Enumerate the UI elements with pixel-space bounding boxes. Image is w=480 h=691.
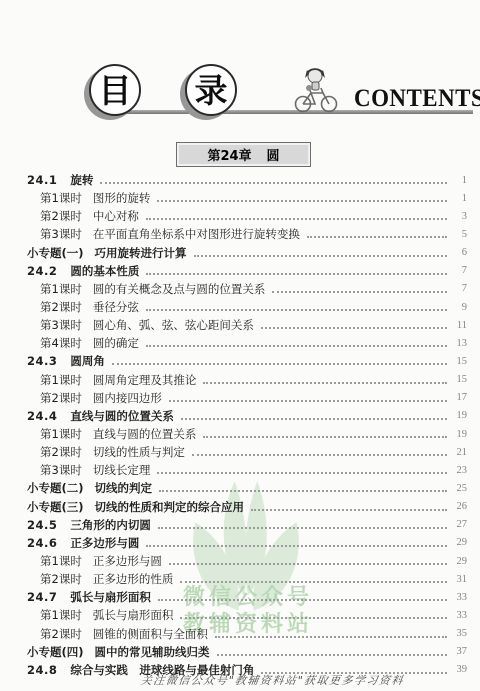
dot-leader [158,599,447,601]
toc-row-label: 第4课时 [40,335,82,351]
toc-row-title: 正多边形与圆 [70,535,139,551]
toc-row-page: 19 [452,410,467,421]
toc-row-title: 正多边形的性质 [93,571,174,587]
toc-row-title: 圆的有关概念及点与圆的位置关系 [93,281,266,297]
toc-row-label: 24.5 [27,518,57,532]
toc-row-page: 27 [452,519,467,530]
toc-row: 第3课时圆心角、弧、弦、弦心距间关系11 [27,316,467,334]
toc-row-label: 第1课时 [40,553,82,569]
toc-row: 24.5三角形的内切圆27 [27,516,467,534]
dot-leader [203,436,447,438]
toc-row: 小专题(一)巧用旋转进行计算6 [27,244,467,262]
toc-row-page: 7 [452,265,467,276]
toc-row-label: 第3课时 [40,226,82,242]
toc-row-title: 圆的确定 [93,335,139,351]
toc-row-page: 21 [452,447,467,458]
dot-leader [307,236,447,238]
toc-row-title: 三角形的内切圆 [70,517,151,533]
toc-row-label: 第1课时 [40,281,82,297]
toc-row-page: 6 [452,247,467,258]
toc-row: 第1课时圆周角定理及其推论15 [27,371,467,389]
toc-row-page: 31 [452,574,467,585]
toc-row-label: 24.8 [27,663,57,677]
toc-row: 24.4直线与圆的位置关系19 [27,407,467,425]
toc-row-title: 圆锥的侧面积与全面积 [93,626,208,642]
toc-row: 第2课时圆锥的侧面积与全面积35 [27,625,467,643]
toc-row-label: 第2课时 [40,571,82,587]
toc-row-page: 5 [452,229,467,240]
toc-row: 24.1旋转1 [27,171,467,189]
toc-row-label: 第2课时 [40,626,82,642]
toc-row: 24.3圆周角15 [27,352,467,370]
toc-row: 第1课时弧长与扇形面积33 [27,606,467,624]
toc-row-page: 26 [452,501,467,512]
toc-row-label: 第3课时 [40,462,82,478]
toc-row-page: 33 [452,610,467,621]
toc-row: 24.7弧长与扇形面积33 [27,588,467,606]
dot-leader [203,382,447,384]
toc-row: 24.6正多边形与圆29 [27,534,467,552]
toc-row-page: 39 [452,664,467,675]
toc-row: 第3课时切线长定理23 [27,461,467,479]
toc-row-page: 1 [452,175,467,186]
toc-row-title: 图形的旋转 [93,190,151,206]
toc-row: 第2课时切线的性质与判定21 [27,443,467,461]
toc-row-page: 29 [452,556,467,567]
dot-leader [157,200,447,202]
toc-row-page: 15 [452,374,467,385]
toc-row-page: 37 [452,646,467,657]
dot-leader [261,327,447,329]
toc-row-page: 11 [452,320,467,331]
dot-leader [146,218,447,220]
toc-row-title: 圆内接四边形 [93,390,162,406]
dot-leader [169,563,447,565]
toc-row-label: 小专题(四) [27,644,84,660]
toc-row-page: 13 [452,338,467,349]
toc-row-label: 24.6 [27,536,57,550]
toc-row-label: 第1课时 [40,607,82,623]
kid-on-bicycle-icon [289,62,341,113]
toc-row-title: 圆心角、弧、弦、弦心距间关系 [93,317,254,333]
dot-leader [215,636,447,638]
toc-row-title: 巧用旋转进行计算 [95,245,187,261]
mulu-badge-2: 录 [185,64,237,116]
mulu-badge-1: 目 [89,64,141,116]
toc-row-title: 直线与圆的位置关系 [70,408,174,424]
toc-row-label: 第2课时 [40,299,82,315]
toc-row-page: 1 [452,193,467,204]
toc-row-title: 旋转 [70,172,93,188]
toc-row-title: 圆的基本性质 [70,263,139,279]
chapter-heading: 第24章 圆 [176,142,311,167]
toc-row-title: 中心对称 [93,208,139,224]
chapter-number: 第24章 [207,145,251,164]
toc-row-title: 垂径分弦 [93,299,139,315]
dot-leader [251,509,447,511]
toc-row-page: 9 [452,302,467,313]
toc-row-title: 切线的判定 [95,480,153,496]
dot-leader [192,454,447,456]
toc-row-title: 弧长与扇形面积 [70,589,151,605]
toc-row: 第3课时在平面直角坐标系中对图形进行旋转变换5 [27,225,467,243]
dot-leader [157,472,447,474]
toc-row-title: 切线长定理 [93,462,151,478]
dot-leader [112,363,447,365]
handwritten-watermark: 关注微信公众号"教辅资料站"获取更多学习资料 [99,672,446,688]
toc-row: 第1课时图形的旋转1 [27,189,467,207]
toc-row: 小专题(三)切线的性质和判定的综合应用26 [27,498,467,516]
dot-leader [181,418,447,420]
toc-row-label: 小专题(一) [27,245,84,261]
toc-row-label: 第2课时 [40,390,82,406]
toc-row: 第1课时直线与圆的位置关系19 [27,425,467,443]
toc-row-label: 24.3 [27,354,57,368]
toc-row-title: 正多边形与圆 [93,553,162,569]
toc-row-title: 圆周角 [70,353,105,369]
header: 目 录 CONTENTS [0,0,480,140]
toc-row: 小专题(二)切线的判定25 [27,479,467,497]
toc-row-label: 24.1 [27,173,57,187]
dot-leader [100,182,447,184]
mulu-char-1: 目 [99,74,132,107]
toc-row-label: 24.4 [27,409,57,423]
toc-row-label: 第1课时 [40,190,82,206]
toc-row: 第2课时正多边形的性质31 [27,570,467,588]
dot-leader [146,545,447,547]
toc-row-page: 19 [452,429,467,440]
mulu-char-2: 录 [195,74,228,107]
dot-leader [169,400,447,402]
dot-leader [146,273,447,275]
toc-row-title: 直线与圆的位置关系 [93,426,197,442]
toc-row-page: 25 [452,483,467,494]
toc-row-label: 第3课时 [40,317,82,333]
toc-row-label: 小专题(三) [27,499,84,515]
toc-row: 第1课时圆的有关概念及点与圆的位置关系7 [27,280,467,298]
toc-row-page: 23 [452,465,467,476]
dot-leader [272,291,447,293]
toc-row-title: 弧长与扇形面积 [93,607,174,623]
toc-row-page: 33 [452,592,467,603]
toc-row-label: 24.2 [27,264,57,278]
toc-row-title: 切线的性质与判定 [93,444,185,460]
toc-row-label: 第2课时 [40,444,82,460]
dot-leader [158,527,447,529]
dot-leader [159,490,447,492]
dot-leader [146,345,447,347]
toc-row: 第1课时正多边形与圆29 [27,552,467,570]
toc-row-page: 15 [452,356,467,367]
toc-row-title: 圆中的常见辅助线归类 [95,644,210,660]
dot-leader [180,581,447,583]
toc-row-page: 29 [452,537,467,548]
contents-label: CONTENTS [354,85,480,113]
toc-row-label: 小专题(二) [27,480,84,496]
dot-leader [217,654,447,656]
toc-list: 24.1旋转1第1课时图形的旋转1第2课时中心对称3第3课时在平面直角坐标系中对… [27,171,467,679]
toc-row-title: 圆周角定理及其推论 [93,372,197,388]
toc-row: 小专题(四)圆中的常见辅助线归类37 [27,643,467,661]
toc-row: 第2课时垂径分弦9 [27,298,467,316]
toc-row-label: 第1课时 [40,426,82,442]
toc-row-label: 第1课时 [40,372,82,388]
toc-row-page: 3 [452,211,467,222]
dot-leader [194,255,447,257]
chapter-subject: 圆 [267,145,280,164]
toc-row-label: 24.7 [27,590,57,604]
toc-row-page: 7 [452,283,467,294]
toc-row-label: 第2课时 [40,208,82,224]
toc-row-page: 17 [452,392,467,403]
toc-row-title: 切线的性质和判定的综合应用 [95,499,245,515]
toc-row: 24.2圆的基本性质7 [27,262,467,280]
dot-leader [180,617,447,619]
toc-row: 第4课时圆的确定13 [27,334,467,352]
toc-row: 第2课时中心对称3 [27,207,467,225]
toc-row-page: 35 [452,628,467,639]
toc-row: 第2课时圆内接四边形17 [27,389,467,407]
dot-leader [146,309,447,311]
toc-row-title: 在平面直角坐标系中对图形进行旋转变换 [93,226,300,242]
